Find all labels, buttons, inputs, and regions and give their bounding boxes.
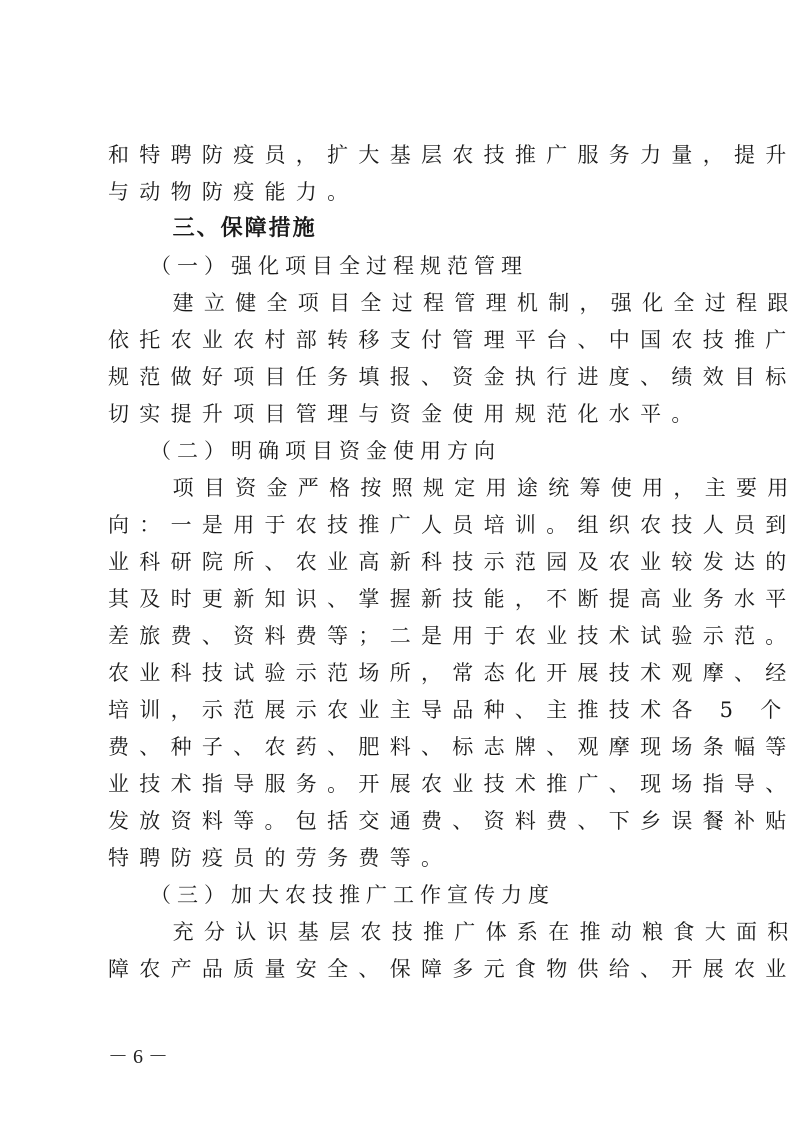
subsection-heading: （二）明确项目资金使用方向: [150, 436, 740, 466]
paragraph-line: 其及时更新知识、掌握新技能，不断提高业务水平。包括培训费、: [108, 584, 698, 614]
subsection-heading: （一）强化项目全过程规范管理: [150, 251, 740, 281]
paragraph-line: 农业科技试验示范场所，常态化开展技术观摩、经验交流、技能: [108, 658, 698, 688]
paragraph-line: 充分认识基层农技推广体系在推动粮食大面积单产提升、保: [173, 917, 763, 947]
paragraph-line: 切实提升项目管理与资金使用规范化水平。: [108, 399, 698, 429]
document-page: 和特聘防疫员，扩大基层农技推广服务力量，提升农业技术服务与动物防疫能力。三、保障…: [0, 0, 793, 1122]
page-number: － 6 －: [108, 1040, 168, 1069]
paragraph-line: 依托农业农村部转移支付管理平台、中国农技推广信息服务平台，: [108, 325, 698, 355]
paragraph-line: 业技术指导服务。开展农业技术推广、现场指导、农业政策宣传、: [108, 769, 698, 799]
paragraph-line: 差旅费、资料费等；二是用于农业技术试验示范。建设至少 2 个: [108, 621, 698, 651]
section-heading: 三、保障措施: [173, 214, 763, 244]
paragraph-line: 和特聘防疫员，扩大基层农技推广服务力量，提升农业技术服务: [108, 140, 698, 170]
paragraph-line: 障农产品质量安全、保障多元食物供给、开展农业防灾减灾技术: [108, 954, 698, 984]
paragraph-line: 向：一是用于农技推广人员培训。组织农技人员到大专院校、农: [108, 510, 698, 540]
subsection-heading: （三）加大农技推广工作宣传力度: [150, 880, 740, 910]
paragraph-line: 项目资金严格按照规定用途统筹使用，主要用于以下三个方: [173, 473, 763, 503]
paragraph-line: 业科研院所、农业高新科技示范园及农业较发达的地区进修，使: [108, 547, 698, 577]
paragraph-line: 与动物防疫能力。: [108, 177, 698, 207]
paragraph-line: 规范做好项目任务填报、资金执行进度、绩效目标报送等工作，: [108, 362, 698, 392]
paragraph-line: 费、种子、农药、肥料、标志牌、观摩现场条幅等；三是用于农: [108, 732, 698, 762]
paragraph-line: 发放资料等。包括交通费、资料费、下乡误餐补贴、特聘农技员、: [108, 806, 698, 836]
paragraph-line: 培训，示范展示农业主导品种、主推技术各 5 个以上。包括人工: [108, 695, 698, 725]
paragraph-line: 特聘防疫员的劳务费等。: [108, 843, 698, 873]
paragraph-line: 建立健全项目全过程管理机制，强化全过程跟踪与绩效评估，: [173, 288, 763, 318]
